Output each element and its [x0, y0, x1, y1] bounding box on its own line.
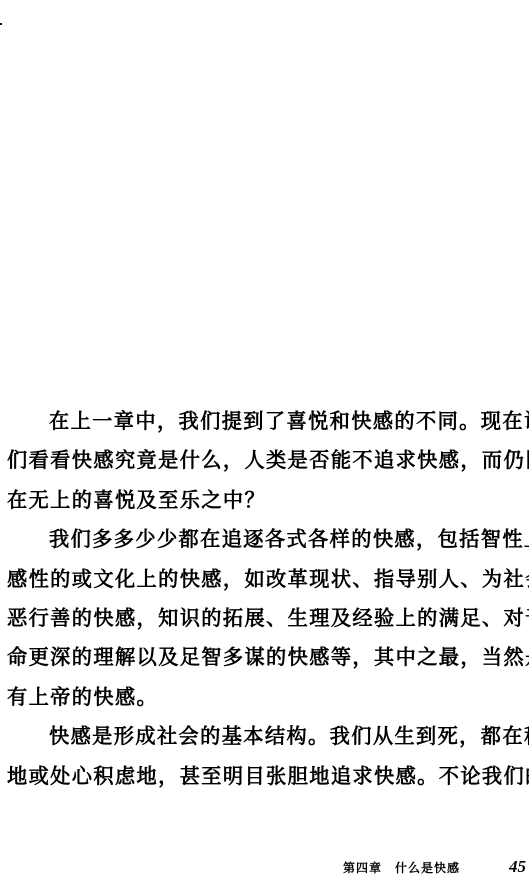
text-line: 有上帝的快感。: [7, 678, 529, 717]
page-number: 45: [509, 857, 526, 877]
text-line: 在上一章中，我们提到了喜悦和快感的不同。现在让我: [7, 402, 529, 441]
text-line: 们看看快感究竟是什么，人类是否能不追求快感，而仍旧活: [7, 441, 529, 480]
text-line: 命更深的理解以及足智多谋的快感等，其中之最，当然是拥: [7, 638, 529, 677]
text-line: 在无上的喜悦及至乐之中？: [7, 481, 529, 520]
body-text: 在上一章中，我们提到了喜悦和快感的不同。现在让我 们看看快感究竟是什么，人类是否…: [7, 402, 529, 796]
running-head-chapter-title: 第四章 什么是快感: [343, 859, 460, 876]
text-line: 地或处心积虑地，甚至明目张胆地追求快感。不论我们的快: [7, 757, 529, 796]
text-line: 快感是形成社会的基本结构。我们从生到死，都在秘密: [7, 717, 529, 756]
text-line: 我们多多少少都在追逐各式各样的快感，包括智性上的、: [7, 520, 529, 559]
scan-artifact-dot: [0, 23, 2, 25]
page-footer: 第四章 什么是快感 45: [0, 857, 529, 881]
paragraph-3: 快感是形成社会的基本结构。我们从生到死，都在秘密 地或处心积虑地，甚至明目张胆地…: [7, 717, 529, 796]
text-line: 恶行善的快感，知识的拓展、生理及经验上的满足、对于生: [7, 599, 529, 638]
text-line: 感性的或文化上的快感，如改革现状、指导别人、为社会除: [7, 560, 529, 599]
paragraph-1: 在上一章中，我们提到了喜悦和快感的不同。现在让我 们看看快感究竟是什么，人类是否…: [7, 402, 529, 520]
paragraph-2: 我们多多少少都在追逐各式各样的快感，包括智性上的、 感性的或文化上的快感，如改革…: [7, 520, 529, 717]
